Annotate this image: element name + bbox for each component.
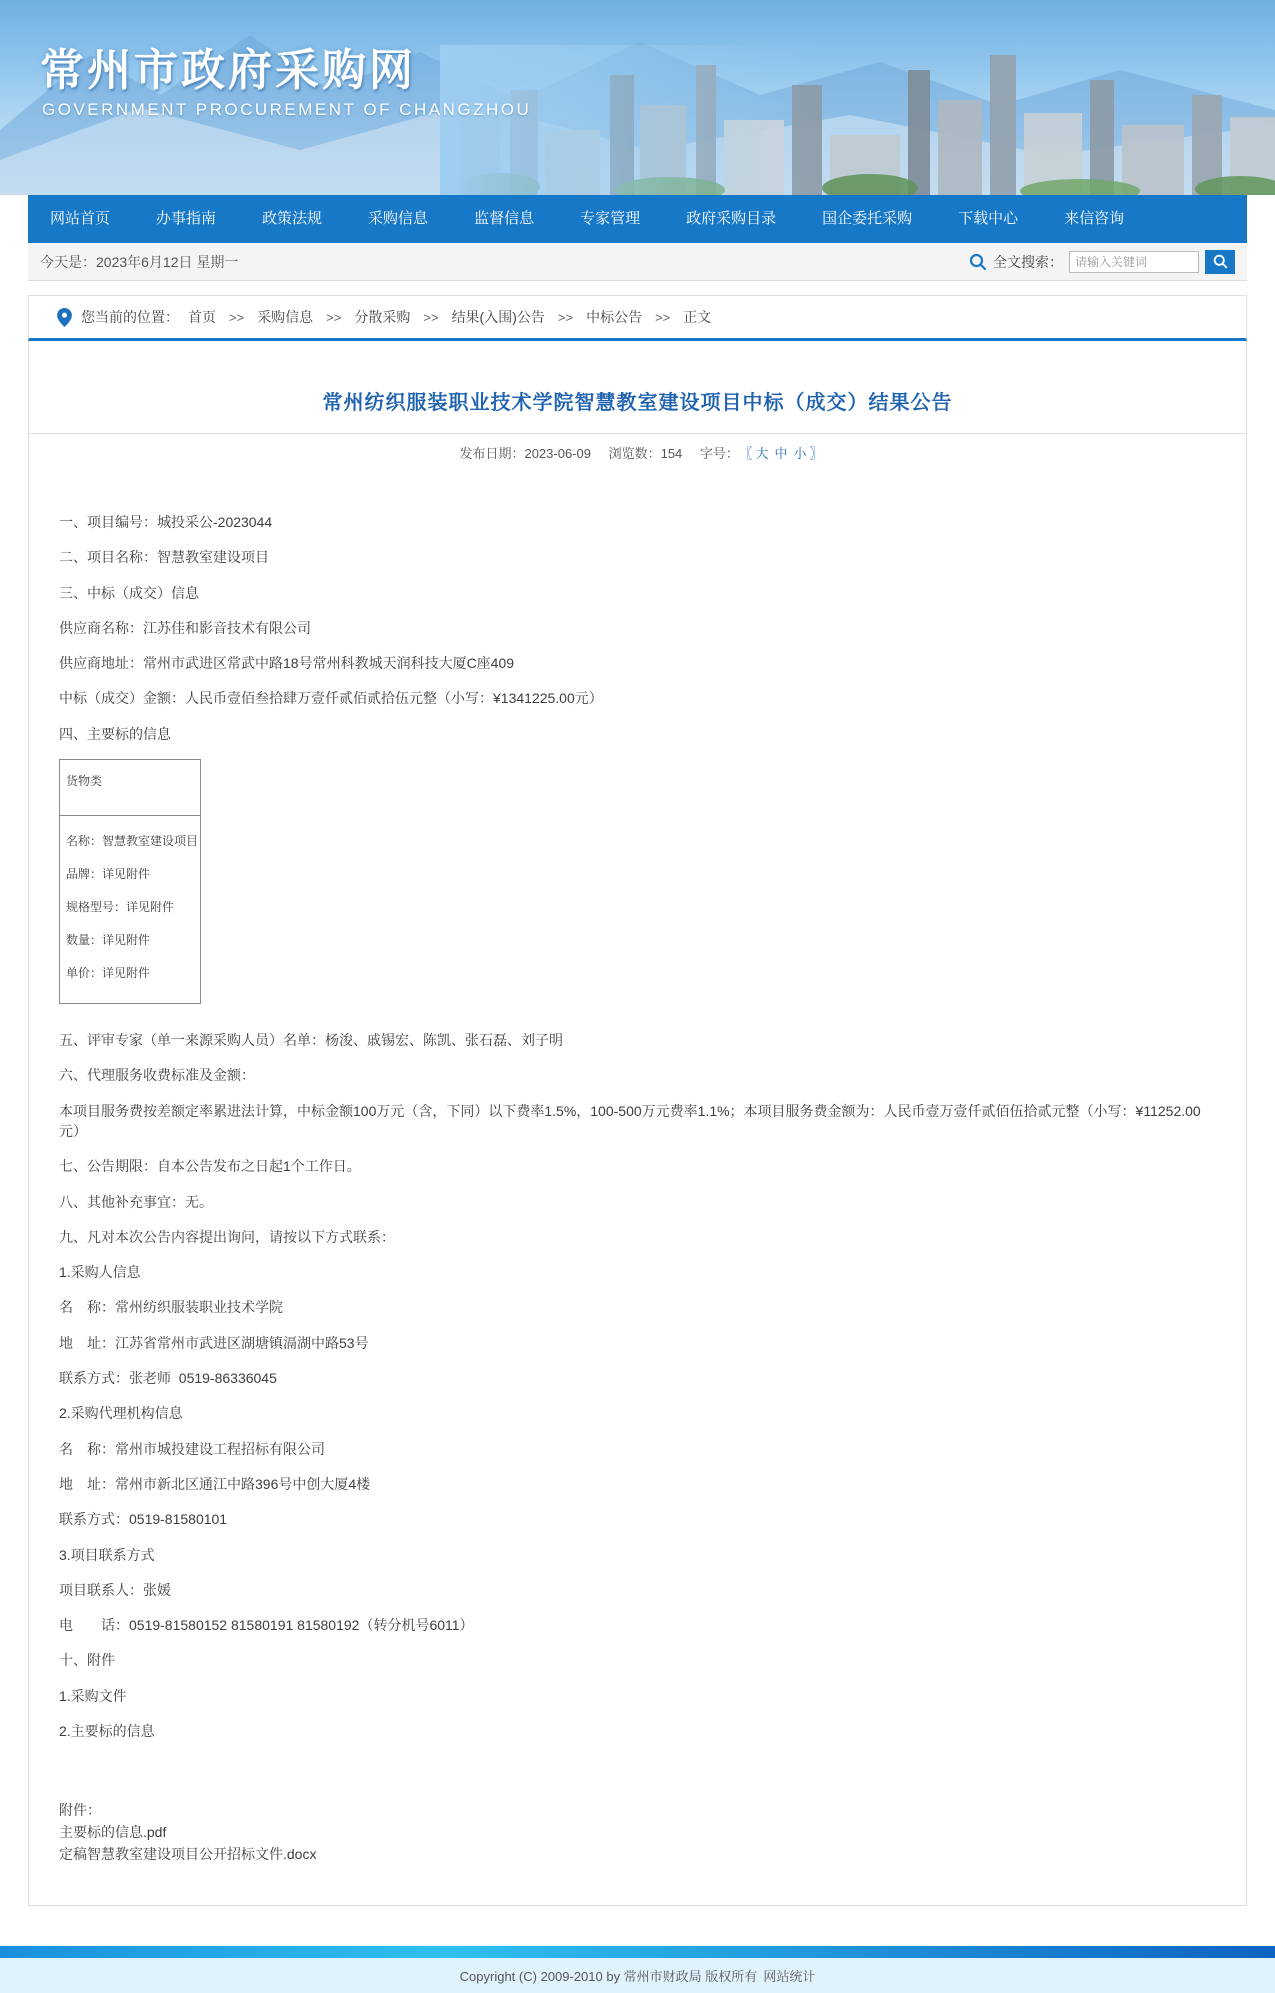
paragraph-project-contact-heading: 3.项目联系方式 bbox=[59, 1545, 1216, 1565]
paragraph-project-contact-phone: 电 话：0519-81580152 81580191 81580192（转分机号… bbox=[59, 1615, 1216, 1635]
paragraph-inquiry-heading: 九、凡对本次公告内容提出询问，请按以下方式联系： bbox=[59, 1227, 1216, 1247]
search-box: 全文搜索： bbox=[969, 250, 1235, 274]
site-stats-link[interactable]: 网站统计 bbox=[763, 1966, 815, 1985]
breadcrumb-link-result-announcements[interactable]: 结果(入围)公告 bbox=[452, 307, 545, 327]
goods-spec-model: 规格型号：详见附件 bbox=[66, 898, 194, 915]
goods-detail-cell: 名称：智慧教室建设项目 品牌：详见附件 规格型号：详见附件 数量：详见附件 单价… bbox=[60, 816, 200, 1003]
goods-category-cell: 货物类 bbox=[60, 760, 200, 816]
font-size-bracket-close: 〗 bbox=[810, 446, 823, 461]
paragraph-other-matters: 八、其他补充事宜：无。 bbox=[59, 1192, 1216, 1212]
nav-item-soe-entrusted[interactable]: 国企委托采购 bbox=[814, 195, 920, 243]
paragraph-project-number: 一、项目编号：城投采公-2023044 bbox=[59, 512, 1216, 532]
main-nav: 网站首页 办事指南 政策法规 采购信息 监督信息 专家管理 政府采购目录 国企委… bbox=[28, 195, 1247, 243]
paragraph-attachment-item-2: 2.主要标的信息 bbox=[59, 1721, 1216, 1741]
paragraph-announcement-period: 七、公告期限：自本公告发布之日起1个工作日。 bbox=[59, 1156, 1216, 1176]
footer-gap bbox=[0, 1906, 1275, 1946]
nav-item-expert-management[interactable]: 专家管理 bbox=[572, 195, 648, 243]
footer: Copyright (C) 2009-2010 by 常州市财政局 版权所有 网… bbox=[0, 1958, 1275, 1993]
font-size-bracket-open: 〖 bbox=[746, 446, 753, 461]
breadcrumb-link-procurement-info[interactable]: 采购信息 bbox=[257, 307, 313, 327]
paragraph-agency-fee-heading: 六、代理服务收费标准及金额： bbox=[59, 1065, 1216, 1085]
goods-table: 货物类 名称：智慧教室建设项目 品牌：详见附件 规格型号：详见附件 数量：详见附… bbox=[59, 759, 201, 1004]
search-ring-icon bbox=[969, 253, 987, 271]
paragraph-agency-name: 名 称：常州市城投建设工程招标有限公司 bbox=[59, 1439, 1216, 1459]
meta-publish-date: 发布日期：2023-06-09 bbox=[459, 446, 591, 461]
paragraph-purchaser-info-heading: 1.采购人信息 bbox=[59, 1262, 1216, 1282]
paragraph-attachments-heading: 十、附件 bbox=[59, 1650, 1216, 1670]
paragraph-project-contact-person: 项目联系人：张媛 bbox=[59, 1580, 1216, 1600]
location-pin-icon bbox=[57, 308, 72, 327]
footer-accent-bar bbox=[0, 1946, 1275, 1958]
article-title: 常州纺织服装职业技术学院智慧教室建设项目中标（成交）结果公告 bbox=[29, 341, 1246, 415]
article-meta: 发布日期：2023-06-09 浏览数：154 字号：〖大中小〗 bbox=[29, 433, 1246, 470]
paragraph-award-info-heading: 三、中标（成交）信息 bbox=[59, 583, 1216, 603]
paragraph-supplier-address: 供应商地址：常州市武进区常武中路18号常州科教城天润科技大厦C座409 bbox=[59, 653, 1216, 673]
paragraph-agency-fee-detail: 本项目服务费按差额定率累进法计算，中标金额100万元（含，下同）以下费率1.5%… bbox=[59, 1101, 1216, 1142]
article: 常州纺织服装职业技术学院智慧教室建设项目中标（成交）结果公告 发布日期：2023… bbox=[28, 341, 1247, 1906]
goods-quantity: 数量：详见附件 bbox=[66, 931, 194, 948]
paragraph-purchaser-name: 名 称：常州纺织服装职业技术学院 bbox=[59, 1297, 1216, 1317]
paragraph-agency-contact: 联系方式：0519-81580101 bbox=[59, 1509, 1216, 1529]
paragraph-supplier-name: 供应商名称：江苏佳和影音技术有限公司 bbox=[59, 618, 1216, 638]
nav-item-guide[interactable]: 办事指南 bbox=[148, 195, 224, 243]
paragraph-award-amount: 中标（成交）金额：人民币壹佰叁拾肆万壹仟贰佰贰拾伍元整（小写：¥1341225.… bbox=[59, 688, 1216, 708]
article-body: 一、项目编号：城投采公-2023044 二、项目名称：智慧教室建设项目 三、中标… bbox=[29, 470, 1246, 1865]
nav-item-supervision[interactable]: 监督信息 bbox=[466, 195, 542, 243]
search-label: 全文搜索： bbox=[993, 252, 1063, 272]
today-date: 今天是：2023年6月12日 星期一 bbox=[40, 252, 238, 272]
breadcrumb-separator: >> bbox=[423, 310, 438, 325]
attachment-file-docx[interactable]: 定稿智慧教室建设项目公开招标文件.docx bbox=[59, 1843, 1216, 1865]
breadcrumb-current-page: 正文 bbox=[683, 307, 711, 327]
nav-item-contact[interactable]: 来信咨询 bbox=[1056, 195, 1132, 243]
breadcrumb-separator: >> bbox=[655, 310, 670, 325]
breadcrumb-separator: >> bbox=[229, 310, 244, 325]
nav-item-policy[interactable]: 政策法规 bbox=[254, 195, 330, 243]
site-banner: 常州市政府采购网 GOVERNMENT PROCUREMENT OF CHANG… bbox=[0, 0, 1275, 195]
attachment-file-pdf[interactable]: 主要标的信息.pdf bbox=[59, 1821, 1216, 1843]
breadcrumb-label: 您当前的位置： bbox=[81, 307, 179, 327]
search-button[interactable] bbox=[1205, 250, 1235, 274]
breadcrumb: 您当前的位置： 首页 >> 采购信息 >> 分散采购 >> 结果(入围)公告 >… bbox=[28, 295, 1247, 341]
nav-item-home[interactable]: 网站首页 bbox=[42, 195, 118, 243]
font-size-widget: 〖大中小〗 bbox=[746, 446, 823, 461]
nav-item-procurement-catalog[interactable]: 政府采购目录 bbox=[678, 195, 784, 243]
breadcrumb-link-home[interactable]: 首页 bbox=[188, 307, 216, 327]
breadcrumb-separator: >> bbox=[558, 310, 573, 325]
paragraph-purchaser-address: 地 址：江苏省常州市武进区湖塘镇滆湖中路53号 bbox=[59, 1333, 1216, 1353]
search-input[interactable] bbox=[1069, 251, 1199, 273]
font-size-label: 字号： bbox=[700, 446, 739, 461]
page: 常州市政府采购网 GOVERNMENT PROCUREMENT OF CHANG… bbox=[0, 0, 1275, 1993]
paragraph-agency-info-heading: 2.采购代理机构信息 bbox=[59, 1403, 1216, 1423]
font-size-large-link[interactable]: 大 bbox=[755, 446, 768, 461]
breadcrumb-link-decentralized-procurement[interactable]: 分散采购 bbox=[354, 307, 410, 327]
meta-view-count: 浏览数：154 bbox=[609, 446, 683, 461]
site-subtitle: GOVERNMENT PROCUREMENT OF CHANGZHOU bbox=[42, 100, 531, 120]
nav-item-download-center[interactable]: 下载中心 bbox=[950, 195, 1026, 243]
paragraph-main-subject-heading: 四、主要标的信息 bbox=[59, 724, 1216, 744]
copyright-text: Copyright (C) 2009-2010 by 常州市财政局 版权所有 bbox=[460, 1966, 758, 1985]
breadcrumb-link-award-announcements[interactable]: 中标公告 bbox=[586, 307, 642, 327]
breadcrumb-separator: >> bbox=[326, 310, 341, 325]
info-bar: 今天是：2023年6月12日 星期一 全文搜索： bbox=[28, 243, 1247, 281]
goods-brand: 品牌：详见附件 bbox=[66, 865, 194, 882]
search-submit-icon bbox=[1213, 254, 1228, 269]
goods-name: 名称：智慧教室建设项目 bbox=[66, 832, 194, 849]
city-fade-overlay bbox=[440, 45, 1275, 195]
paragraph-agency-address: 地 址：常州市新北区通江中路396号中创大厦4楼 bbox=[59, 1474, 1216, 1494]
attachments-label: 附件： bbox=[59, 1799, 1216, 1821]
paragraph-purchaser-contact: 联系方式：张老师 0519-86336045 bbox=[59, 1368, 1216, 1388]
paragraph-experts: 五、评审专家（单一来源采购人员）名单：杨浚、戚锡宏、陈凯、张石磊、刘子明 bbox=[59, 1030, 1216, 1050]
font-size-medium-link[interactable]: 中 bbox=[774, 446, 787, 461]
font-size-small-link[interactable]: 小 bbox=[793, 446, 806, 461]
nav-item-procurement-info[interactable]: 采购信息 bbox=[360, 195, 436, 243]
site-title: 常州市政府采购网 bbox=[40, 34, 416, 98]
paragraph-project-name: 二、项目名称：智慧教室建设项目 bbox=[59, 547, 1216, 567]
paragraph-attachment-item-1: 1.采购文件 bbox=[59, 1686, 1216, 1706]
goods-unit-price: 单价：详见附件 bbox=[66, 964, 194, 981]
attachments-block: 附件： 主要标的信息.pdf 定稿智慧教室建设项目公开招标文件.docx bbox=[59, 1799, 1216, 1865]
